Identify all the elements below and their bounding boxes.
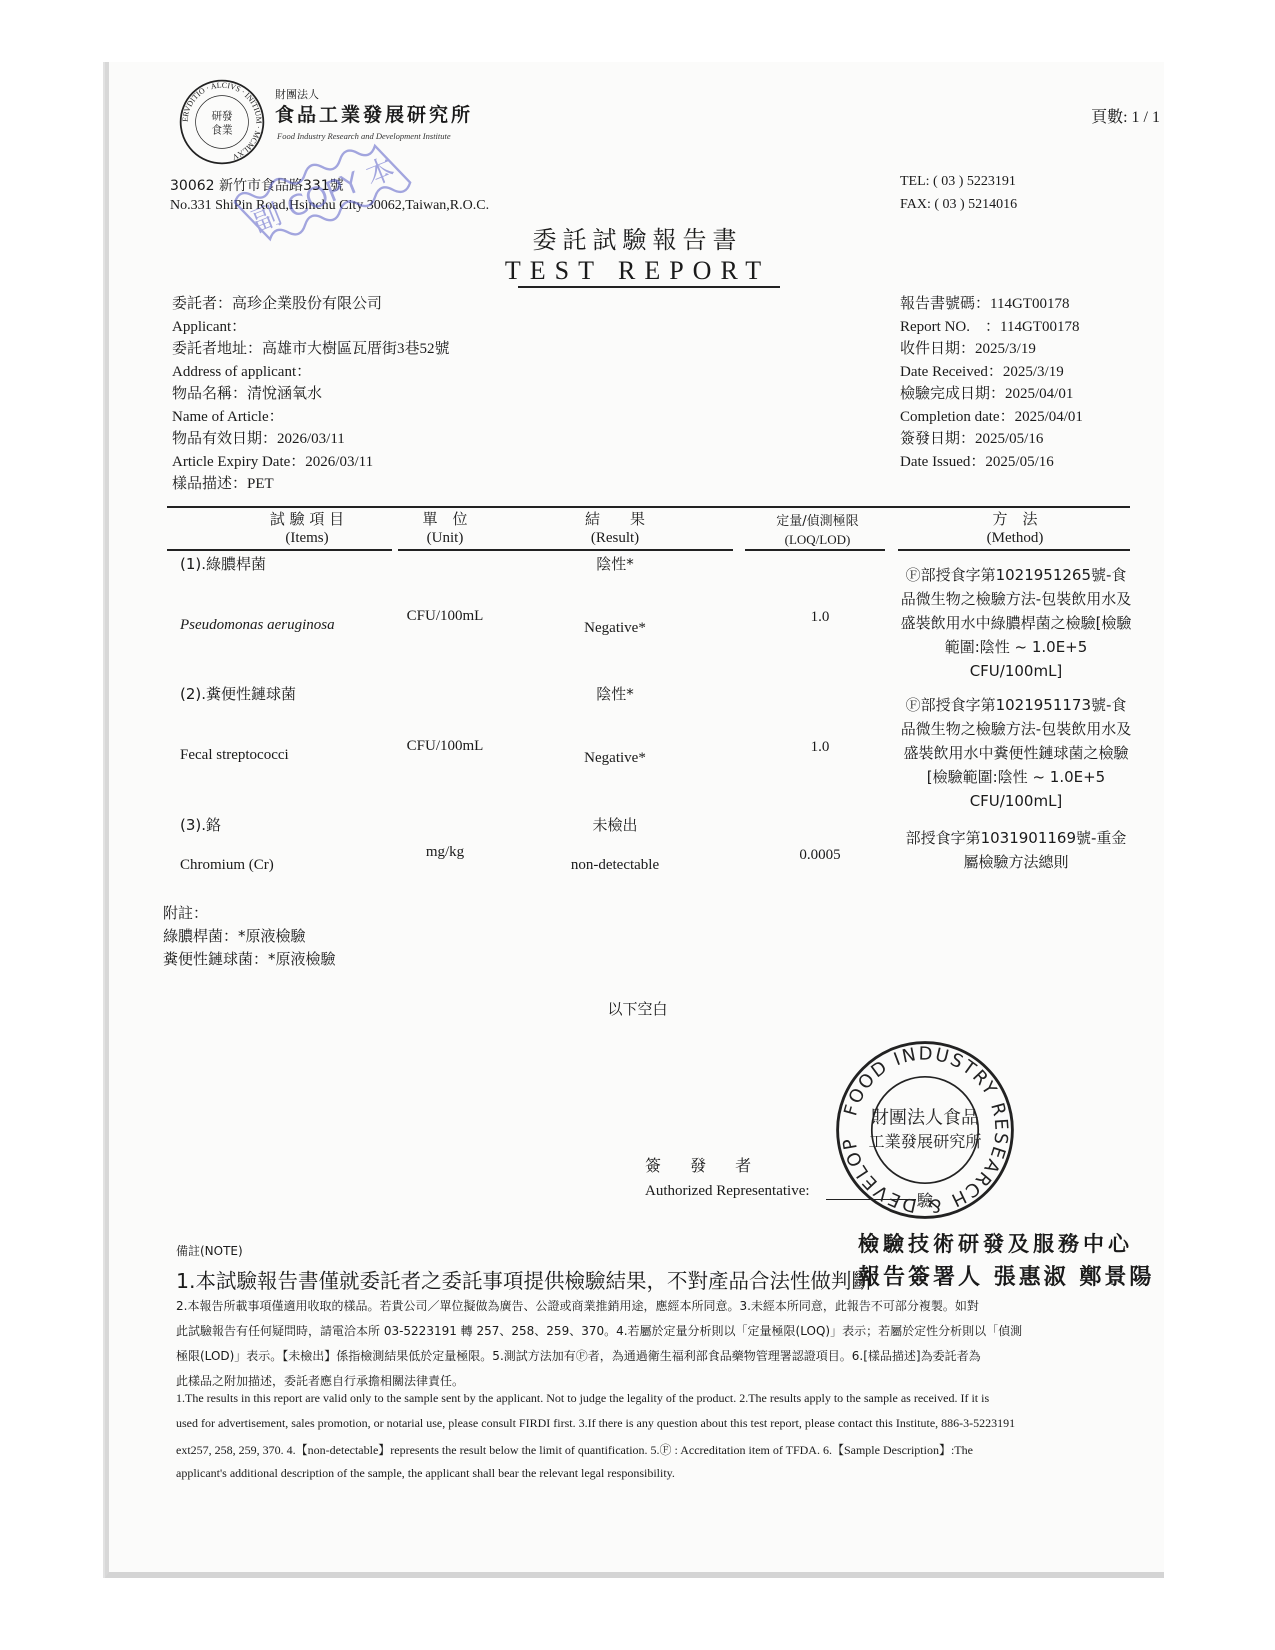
result-en: non-detectable (540, 857, 690, 874)
info-field: Date Received：2025/3/19 (900, 360, 1064, 381)
info-field: Applicant： (172, 315, 246, 336)
header-rule-unit (398, 549, 498, 551)
result-zh: 未檢出 (555, 814, 675, 835)
item-name-en: Pseudomonas aeruginosa (180, 617, 335, 634)
loq-value: 1.0 (760, 609, 880, 626)
info-label: Name of Article： (172, 409, 284, 425)
svg-text:工業發展研究所: 工業發展研究所 (869, 1132, 982, 1151)
info-label: 委託者： (172, 294, 232, 312)
remark-line: 綠膿桿菌：*原液檢驗 (163, 925, 306, 946)
info-label: 樣品描述： (172, 474, 247, 492)
info-label: Date Issued： (900, 454, 985, 470)
note-line: applicant's additional description of th… (176, 1466, 675, 1481)
unit-value: CFU/100mL (390, 738, 500, 755)
header-rule-loq (745, 549, 885, 551)
method-text: 部授食字第1031901169號-重金屬檢驗方法總則 (900, 826, 1132, 874)
title-underline (518, 286, 780, 288)
org-name: 食品工業發展研究所 (275, 100, 473, 127)
remark-line: 糞便性鏈球菌：*原液檢驗 (163, 948, 336, 969)
result-zh: 陰性* (555, 553, 675, 574)
title-en: TEST REPORT (0, 256, 1275, 286)
remarks-title: 附註： (163, 902, 208, 923)
header-unit-en: (Unit) (400, 530, 490, 547)
info-field: Completion date：2025/04/01 (900, 405, 1083, 426)
item-name-en: Fecal streptococci (180, 747, 289, 764)
note-line: 此試驗報告有任何疑問時，請電洽本所 03-5223191 轉 257、258、2… (176, 1322, 1022, 1339)
info-value: 114GT00178 (1000, 319, 1079, 335)
page-number: 頁數: 1 / 1 (1091, 104, 1160, 127)
svg-text:驗: 驗 (916, 1191, 934, 1210)
info-value: 2026/03/11 (277, 431, 345, 447)
info-value: 高雄市大樹區瓦厝街3巷52號 (262, 341, 450, 357)
info-field: Article Expiry Date：2026/03/11 (172, 450, 373, 471)
info-label: 簽發日期： (900, 429, 975, 447)
info-field: Date Issued：2025/05/16 (900, 450, 1054, 471)
header-items-zh: 試 驗 項 目 (212, 508, 402, 529)
item-name-zh: (1).綠膿桿菌 (180, 553, 266, 574)
header-result-zh: 結 果 (555, 508, 675, 529)
fax: FAX: ( 03 ) 5214016 (900, 197, 1017, 213)
header-rule-result (498, 549, 733, 551)
notes-title: 備註(NOTE) (176, 1242, 243, 1259)
header-rule-method (898, 549, 1130, 551)
info-label: Address of applicant： (172, 364, 311, 380)
info-value: PET (247, 476, 274, 492)
info-label: Report NO. ： (900, 319, 1000, 335)
info-label: Completion date： (900, 409, 1015, 425)
info-label: 檢驗完成日期： (900, 384, 1005, 402)
end-marker: 以下空白 (0, 998, 1275, 1019)
institute-logo-icon: ERVDITIO · ALCIVS · INITIUM · MCMLXV 研發 … (178, 78, 266, 166)
note-line: 極限(LOD)」表示。【未檢出】係指檢測結果低於定量極限。5.測試方法加有Ⓕ者，… (176, 1347, 981, 1364)
header-method-zh: 方 法 (900, 508, 1130, 529)
info-field: 樣品描述：PET (172, 472, 274, 493)
info-label: 報告書號碼： (900, 294, 990, 312)
info-label: 物品名稱： (172, 384, 247, 402)
info-field: 檢驗完成日期：2025/04/01 (900, 382, 1073, 403)
info-value: 2025/04/01 (1005, 386, 1073, 402)
info-field: Name of Article： (172, 405, 284, 426)
header-rule-items (167, 549, 392, 551)
telephone: TEL: ( 03 ) 5223191 (900, 174, 1016, 190)
info-label: Applicant： (172, 319, 246, 335)
result-zh: 陰性* (555, 683, 675, 704)
report-signers: 報告簽署人 張惠淑 鄭景陽 (858, 1260, 1154, 1291)
info-value: 2025/04/01 (1015, 409, 1083, 425)
info-field: 委託者地址：高雄市大樹區瓦厝街3巷52號 (172, 337, 450, 358)
loq-value: 1.0 (760, 739, 880, 756)
note-line: 1.The results in this report are valid o… (176, 1391, 989, 1406)
info-field: 委託者：高珍企業股份有限公司 (172, 292, 382, 313)
info-label: Article Expiry Date： (172, 454, 305, 470)
method-text: Ⓕ部授食字第1021951265號-食品微生物之檢驗方法-包裝飲用水及盛裝飲用水… (900, 563, 1132, 683)
institute-seal-icon: FOOD INDUSTRY RESEARCH & DEVELOPMENT INS… (830, 1035, 1020, 1225)
item-name-zh: (2).糞便性鏈球菌 (180, 683, 296, 704)
info-field: 物品有效日期：2026/03/11 (172, 427, 345, 448)
unit-value: mg/kg (390, 844, 500, 861)
svg-text:食業: 食業 (211, 123, 233, 136)
info-field: 報告書號碼：114GT00178 (900, 292, 1069, 313)
note-line: 此樣品之附加描述，委託者應自行承擔相關法律責任。 (176, 1372, 464, 1389)
svg-text:研發: 研發 (211, 109, 233, 122)
info-label: Date Received： (900, 364, 1003, 380)
note-line: used for advertisement, sales promotion,… (176, 1416, 1015, 1431)
header-loq-en: (LOQ/LOD) (750, 532, 885, 548)
item-name-en: Chromium (Cr) (180, 857, 274, 874)
header-method-en: (Method) (900, 530, 1130, 547)
method-text: Ⓕ部授食字第1021951173號-食品微生物之檢驗方法-包裝飲用水及盛裝飲用水… (900, 693, 1132, 813)
info-value: 2025/05/16 (985, 454, 1053, 470)
note-1: 1.本試驗報告書僅就委託者之委託事項提供檢驗結果，不對產品合法性做判斷 (176, 1264, 872, 1294)
signing-center: 檢驗技術研發及服務中心 (858, 1228, 1133, 1258)
signer-label-zh: 簽 發 者 (645, 1153, 763, 1176)
result-en: Negative* (540, 750, 690, 767)
info-field: Report NO. ：114GT00178 (900, 315, 1079, 336)
header-result-en: (Result) (555, 530, 675, 547)
info-label: 收件日期： (900, 339, 975, 357)
loq-value: 0.0005 (760, 847, 880, 864)
item-name-zh: (3).鉻 (180, 814, 221, 835)
title-zh: 委託試驗報告書 (0, 220, 1275, 255)
info-field: 收件日期：2025/3/19 (900, 337, 1036, 358)
header-loq-zh: 定量/偵測極限 (750, 510, 885, 529)
svg-text:財團法人食品: 財團法人食品 (871, 1107, 979, 1128)
info-field: Address of applicant： (172, 360, 311, 381)
header-unit-zh: 單 位 (400, 508, 490, 529)
info-value: 2025/3/19 (1003, 364, 1064, 380)
info-value: 清悅涵氧水 (247, 386, 322, 402)
info-label: 物品有效日期： (172, 429, 277, 447)
result-en: Negative* (540, 620, 690, 637)
info-value: 2025/05/16 (975, 431, 1043, 447)
info-field: 物品名稱：清悅涵氧水 (172, 382, 322, 403)
unit-value: CFU/100mL (390, 608, 500, 625)
info-value: 高珍企業股份有限公司 (232, 296, 382, 312)
header-items-en: (Items) (212, 530, 402, 547)
info-label: 委託者地址： (172, 339, 262, 357)
info-value: 114GT00178 (990, 296, 1069, 312)
signer-label-en: Authorized Representative: (645, 1183, 810, 1200)
info-value: 2025/3/19 (975, 341, 1036, 357)
note-line: ext257, 258, 259, 370. 4.【non-detectable… (176, 1441, 973, 1458)
info-value: 2026/03/11 (305, 454, 373, 470)
note-line: 2.本報告所載事項僅適用收取的樣品。若貴公司／單位擬做為廣告、公證或商業推銷用途… (176, 1297, 979, 1314)
info-field: 簽發日期：2025/05/16 (900, 427, 1043, 448)
